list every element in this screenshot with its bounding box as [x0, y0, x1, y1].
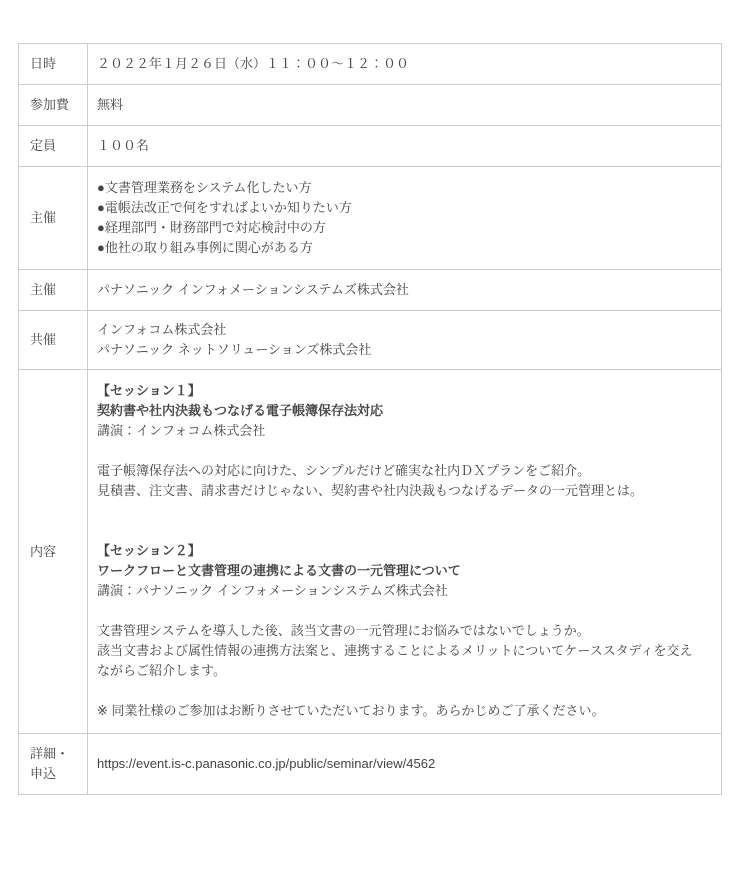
row-label-cohost: 共催 [19, 311, 88, 369]
session2-desc-line: 該当文書および属性情報の連携方法案と、連携することによるメリットについてケースス… [97, 641, 696, 681]
row-label-organizer: 主催 [19, 270, 88, 310]
detail-url-text: https://event.is-c.panasonic.co.jp/publi… [97, 754, 435, 774]
row-label-content: 内容 [19, 370, 88, 733]
cohost-line: パナソニック ネットソリューションズ株式会社 [97, 340, 721, 360]
session1-heading: 【セッション１】 [97, 381, 696, 401]
table-row-audience: 主催 ●文書管理業務をシステム化したい方 ●電帳法改正で何をすればよいか知りたい… [19, 166, 721, 269]
cohost-line: インフォコム株式会社 [97, 320, 721, 340]
row-label-datetime: 日時 [19, 44, 88, 84]
table-row-content: 内容 【セッション１】 契約書や社内決裁もつなげる電子帳簿保存法対応 講演：イン… [19, 369, 721, 733]
spacer [97, 681, 696, 701]
note-text: ※ 同業社様のご参加はお断りさせていただいております。あらかじめご了承ください。 [97, 701, 696, 721]
cohost-list: インフォコム株式会社 パナソニック ネットソリューションズ株式会社 [88, 311, 721, 369]
audience-item: ●経理部門・財務部門で対応検討中の方 [97, 218, 721, 238]
session2-heading: 【セッション２】 [97, 541, 696, 561]
audience-list: ●文書管理業務をシステム化したい方 ●電帳法改正で何をすればよいか知りたい方 ●… [88, 167, 721, 269]
table-row-datetime: 日時 ２０２２年１月２６日（水）１１：００～１２：００ [19, 44, 721, 84]
table-row-fee: 参加費 無料 [19, 84, 721, 125]
spacer [97, 601, 696, 621]
session1-speaker: 講演：インフォコム株式会社 [97, 421, 696, 441]
row-label-detail: 詳細・申込 [19, 734, 88, 794]
audience-item: ●他社の取り組み事例に関心がある方 [97, 238, 721, 258]
session2-desc-line: 文書管理システムを導入した後、該当文書の一元管理にお悩みではないでしょうか。 [97, 621, 696, 641]
table-row-cohost: 共催 インフォコム株式会社 パナソニック ネットソリューションズ株式会社 [19, 310, 721, 369]
row-label-fee: 参加費 [19, 85, 88, 125]
session1-desc-line: 見積書、注文書、請求書だけじゃない、契約書や社内決裁もつなげるデータの一元管理と… [97, 481, 696, 501]
session1-title: 契約書や社内決裁もつなげる電子帳簿保存法対応 [97, 401, 696, 421]
fee-value: 無料 [88, 85, 721, 125]
audience-item: ●電帳法改正で何をすればよいか知りたい方 [97, 198, 721, 218]
session1-desc-line: 電子帳簿保存法への対応に向けた、シンプルだけど確実な社内ＤＸプランをご紹介。 [97, 461, 696, 481]
event-info-table: 日時 ２０２２年１月２６日（水）１１：００～１２：００ 参加費 無料 定員 １０… [18, 43, 722, 795]
table-row-detail: 詳細・申込 https://event.is-c.panasonic.co.jp… [19, 733, 721, 794]
audience-item: ●文書管理業務をシステム化したい方 [97, 178, 721, 198]
capacity-value: １００名 [88, 126, 721, 166]
content-body: 【セッション１】 契約書や社内決裁もつなげる電子帳簿保存法対応 講演：インフォコ… [88, 370, 721, 733]
detail-url: https://event.is-c.panasonic.co.jp/publi… [88, 734, 721, 794]
organizer-value: パナソニック インフォメーションシステムズ株式会社 [88, 270, 721, 310]
table-row-organizer: 主催 パナソニック インフォメーションシステムズ株式会社 [19, 269, 721, 310]
spacer [97, 521, 696, 541]
table-row-capacity: 定員 １００名 [19, 125, 721, 166]
row-label-capacity: 定員 [19, 126, 88, 166]
datetime-value: ２０２２年１月２６日（水）１１：００～１２：００ [88, 44, 721, 84]
spacer [97, 441, 696, 461]
spacer [97, 501, 696, 521]
session2-title: ワークフローと文書管理の連携による文書の一元管理について [97, 561, 696, 581]
row-label-audience: 主催 [19, 167, 88, 269]
session2-speaker: 講演：パナソニック インフォメーションシステムズ株式会社 [97, 581, 696, 601]
